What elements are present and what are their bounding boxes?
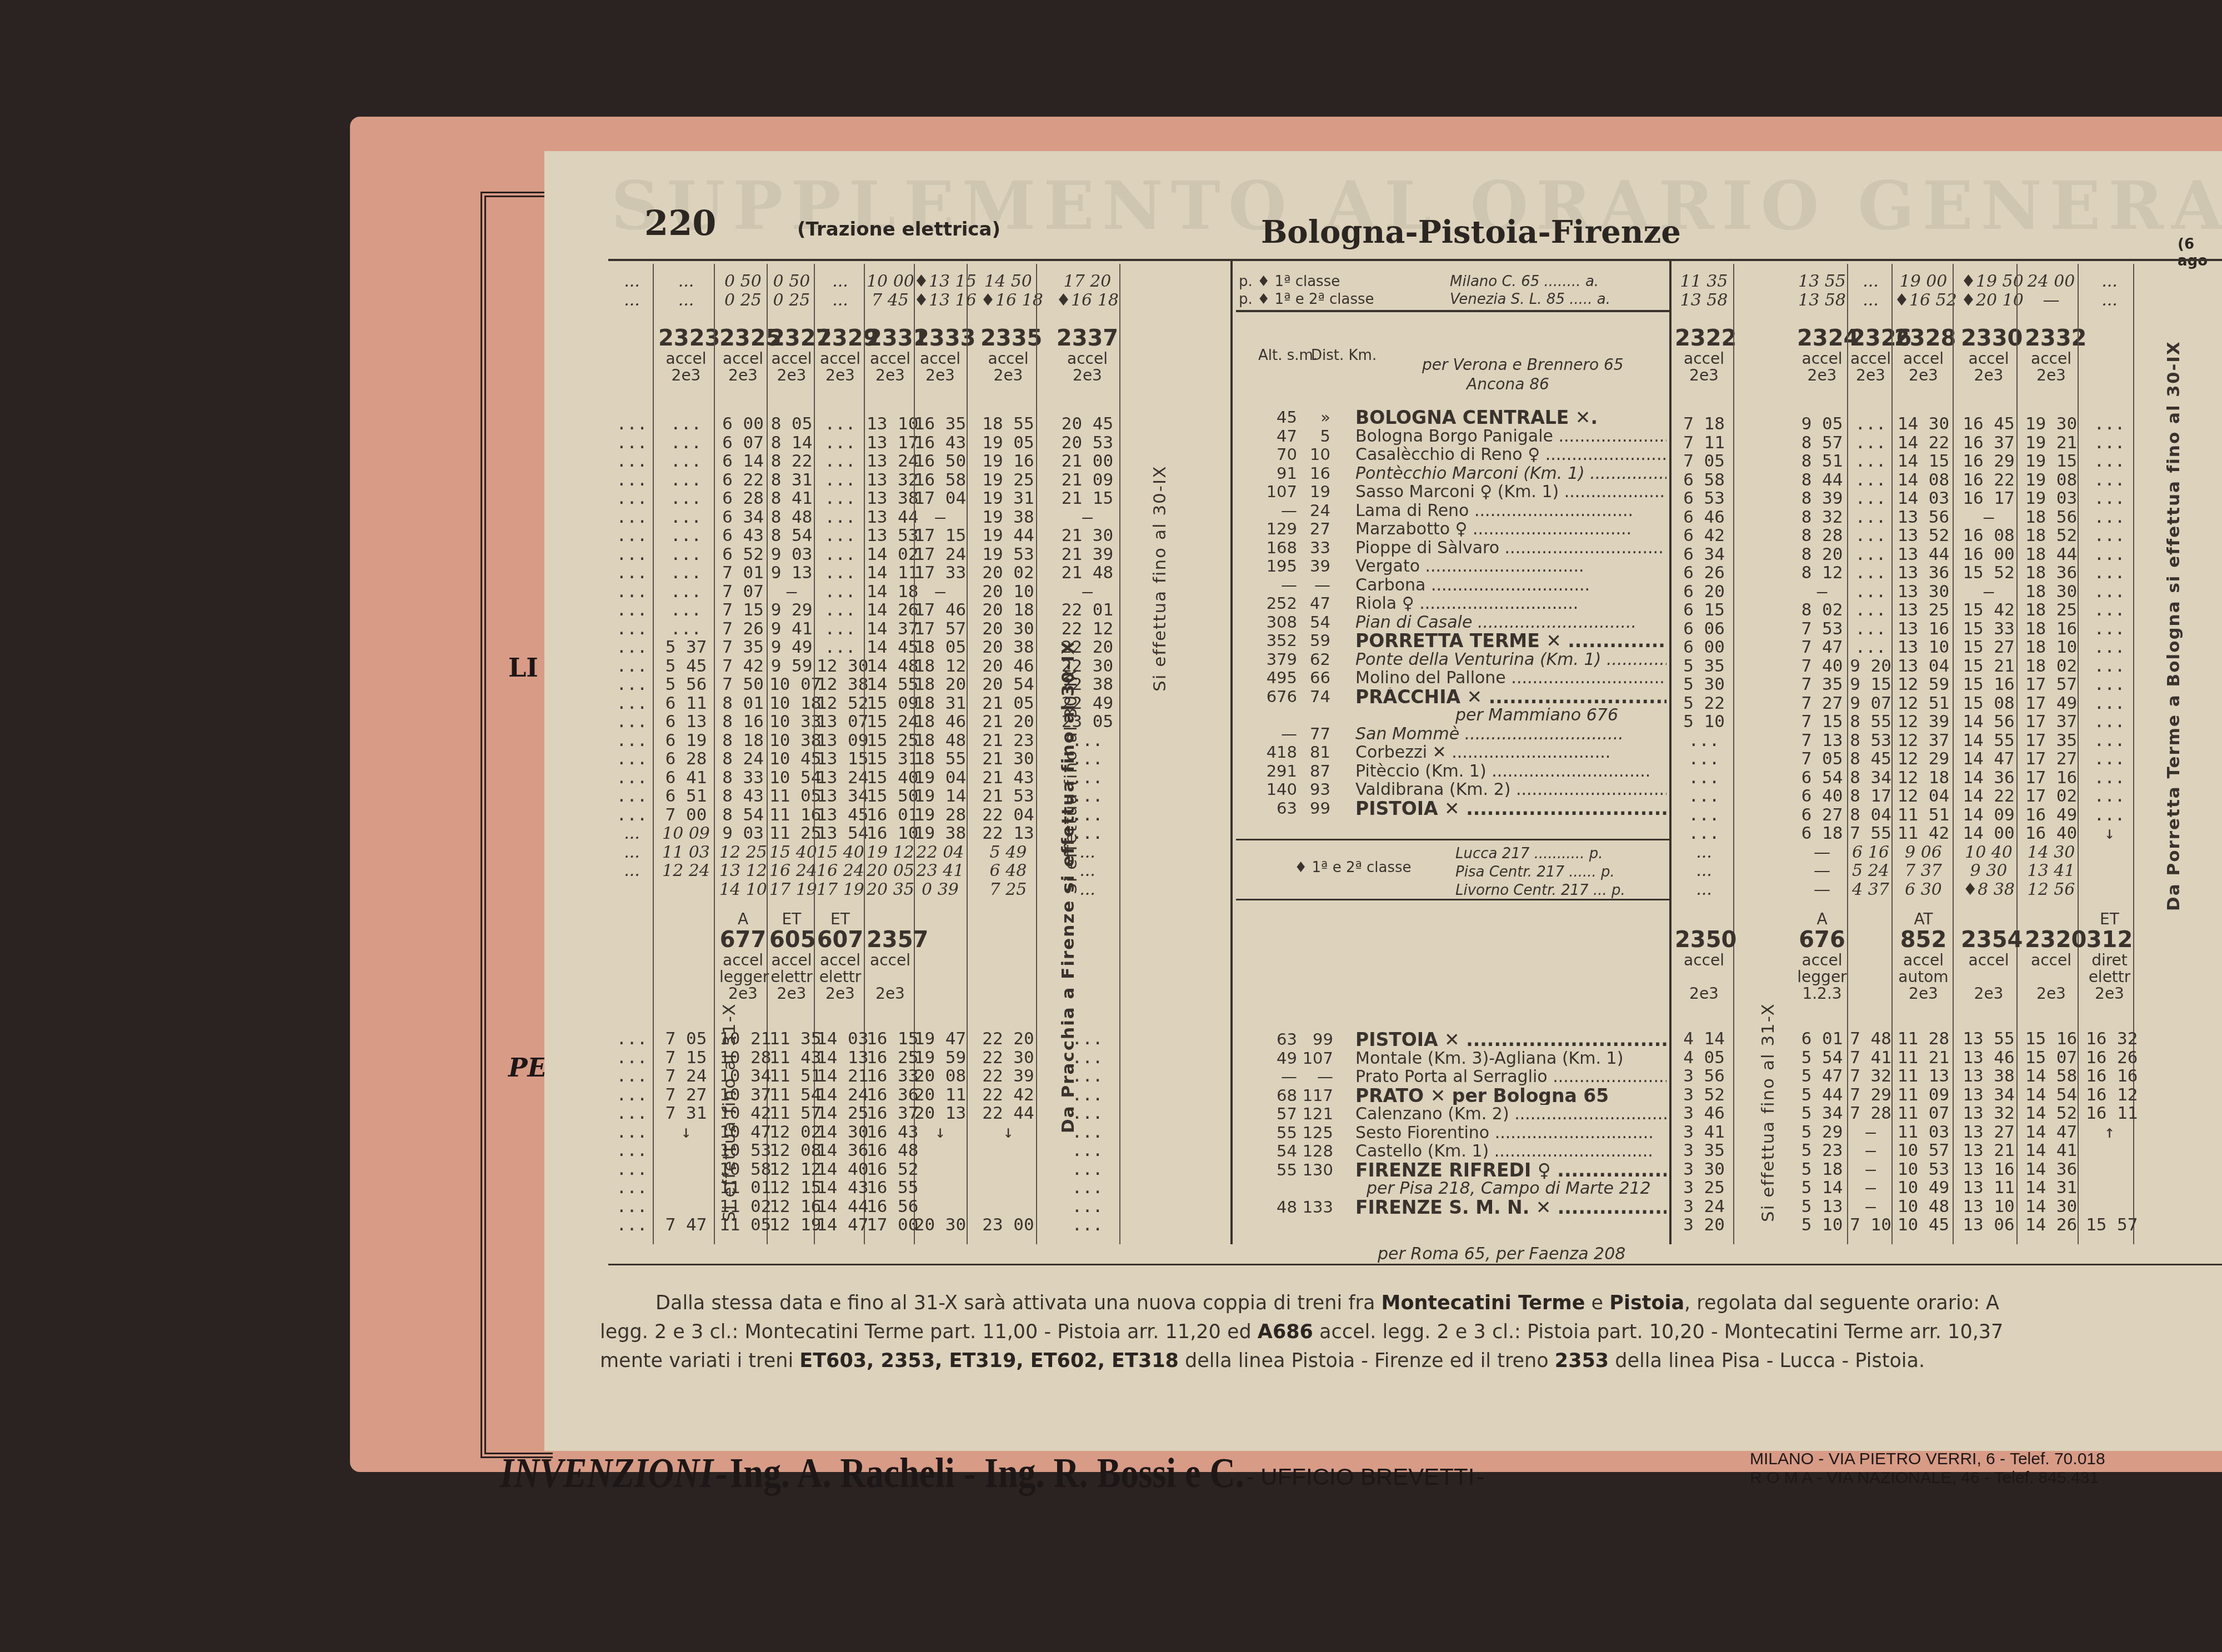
departure-time: 8 44	[1797, 471, 1847, 490]
departure-time: ...	[2086, 713, 2133, 732]
departure-time: ...	[2086, 769, 2133, 788]
departure-time: 19 38	[914, 824, 967, 843]
vertical-note: Da Pracchia a Firenze si effettua fino a…	[1058, 640, 1078, 1133]
departure-time: ...	[1055, 1160, 1119, 1179]
departure-time: 16 35	[914, 415, 967, 434]
departure-time: ...	[817, 508, 864, 527]
train-number	[611, 928, 653, 952]
station: Lama di Reno	[1355, 502, 1666, 520]
departure-time: 6 54	[1797, 769, 1847, 788]
departure-time: 7 24	[658, 1067, 714, 1086]
departure-time: ...	[817, 564, 864, 583]
departure-time: 12 18	[1894, 769, 1953, 788]
departure-time: 16 37	[1961, 434, 2016, 453]
train-class: 2e3	[769, 367, 814, 384]
departure-time: 11 28	[1894, 1030, 1953, 1049]
station-firenze-rifredi: FIRENZE RIFREDI ♀	[1355, 1161, 1666, 1180]
departure-time: 15 08	[1961, 694, 2016, 713]
departure-time: ...	[658, 452, 714, 471]
departure-time: 6 20	[1675, 583, 1733, 602]
departure-time: 6 22	[719, 471, 767, 490]
departure-time	[914, 1198, 967, 1217]
departure-time: 10 07	[769, 675, 814, 694]
train-class: 2e3	[1675, 985, 1733, 1002]
spacer	[1055, 309, 1119, 326]
route-note-1: per Verona e Brennero 65	[1422, 356, 1624, 374]
departure-time: 18 52	[2025, 527, 2078, 545]
station-block-right-border	[1669, 261, 1671, 1244]
column-divider	[1847, 264, 1848, 1244]
departure-time	[658, 1179, 714, 1198]
departure-time: 18 36	[2025, 564, 2078, 583]
departure-time: 19 47	[914, 1030, 967, 1049]
train-number: 677	[719, 928, 767, 952]
departure-time: 19 53	[980, 545, 1036, 564]
departure-time: 12 15	[769, 1179, 814, 1198]
departure-time: 13 44	[1894, 545, 1953, 564]
departure-time: ...	[611, 583, 653, 602]
departure-time: 13 30	[1894, 583, 1953, 602]
train-column: ET605accel elettr2e311 3511 4311 5111 54…	[769, 911, 814, 1235]
departure-time: 18 25	[2025, 601, 2078, 620]
departure-time: 5 29	[1797, 1123, 1847, 1142]
departure-time: 16 37	[867, 1104, 914, 1123]
departure-time: 16 26	[2086, 1049, 2133, 1068]
departure-time: 11 51	[1894, 806, 1953, 825]
departure-time: 7 50	[719, 675, 767, 694]
column-divider	[653, 264, 654, 1244]
departure-time: 9 03	[769, 545, 814, 564]
train-column: 2350accel2e34 144 053 563 523 463 413 35…	[1675, 911, 1733, 1235]
departure-time: 13 07	[817, 713, 864, 732]
departure-time	[2086, 1179, 2133, 1198]
train-type: accel	[2025, 952, 2078, 985]
departure-time	[658, 1142, 714, 1160]
departure-time: 3 30	[1675, 1160, 1733, 1179]
train-column: ........................................…	[2086, 272, 2133, 899]
departure-time: 14 11	[867, 564, 914, 583]
spacer	[611, 309, 653, 326]
departure-time: 12 39	[1894, 713, 1953, 732]
departure-time: 16 17	[1961, 489, 2016, 508]
departure-time: ...	[611, 694, 653, 713]
station: Riola ♀	[1355, 594, 1666, 613]
departure-time: 19 15	[2025, 452, 2078, 471]
train-column: 24 00—2332accel2e319 3019 2119 1519 0819…	[2025, 272, 2078, 899]
station-pracchia: PRÀCCHIA ✕	[1355, 688, 1666, 707]
vertical-note: Da Porretta Terme a Bologna si effettua …	[2164, 341, 2184, 911]
departure-time: 19 21	[2025, 434, 2078, 453]
train-category	[980, 911, 1036, 928]
departure-time: 5 37	[658, 638, 714, 657]
column-divider	[1036, 264, 1037, 1244]
departure-time: 20 54	[980, 675, 1036, 694]
departure-time: 21 43	[980, 769, 1036, 788]
mid-rule	[1236, 839, 1669, 840]
departure-time: 6 34	[719, 508, 767, 527]
train-class: 2e3	[1961, 985, 2016, 1002]
train-number: 2328	[1894, 326, 1953, 351]
connection-time: ...	[658, 272, 714, 291]
departure-time: 11 09	[1894, 1086, 1953, 1105]
departure-time: 13 34	[817, 787, 864, 806]
connection-time: 0 50	[719, 272, 767, 291]
departure-time: ↓	[980, 1123, 1036, 1142]
train-class: 2e3	[980, 367, 1036, 384]
departure-time: 11 07	[1894, 1104, 1953, 1123]
departure-time: ...	[611, 620, 653, 639]
spacer	[980, 1002, 1036, 1030]
departure-time: ...	[1675, 732, 1733, 750]
departure-time: 8 12	[1797, 564, 1847, 583]
departure-time: 13 38	[1961, 1067, 2016, 1086]
departure-time: ...	[611, 452, 653, 471]
connection-time: 6 16	[1850, 843, 1891, 862]
departure-time: 8 34	[1850, 769, 1891, 788]
departure-time: ...	[1055, 1142, 1119, 1160]
train-category	[658, 911, 714, 928]
departure-time: 13 24	[867, 452, 914, 471]
train-column: ......2323accel2e3......................…	[658, 272, 714, 880]
departure-time: 9 49	[769, 638, 814, 657]
departure-time: ...	[1055, 1179, 1119, 1198]
cover-fragment-li: LI	[508, 653, 538, 683]
departure-time: 17 27	[2025, 750, 2078, 769]
departure-time: 19 25	[980, 471, 1036, 490]
column-divider	[1953, 264, 1954, 1244]
departure-time: 19 44	[980, 527, 1036, 545]
departure-time: 14 08	[1894, 471, 1953, 490]
train-type	[1850, 952, 1891, 985]
train-class: 2e3	[719, 985, 767, 1002]
station-block-left-border	[1230, 261, 1233, 1244]
departure-time: 13 32	[867, 471, 914, 490]
departure-time: 14 15	[1894, 452, 1953, 471]
train-type: accel	[914, 351, 967, 367]
train-class: 2e3	[914, 367, 967, 384]
departure-time: ...	[611, 434, 653, 453]
train-type: accel	[1797, 351, 1847, 367]
departure-time: 11 35	[769, 1030, 814, 1049]
departure-time: 20 53	[1055, 434, 1119, 453]
station-prato: PRATO ✕ per Bologna 65	[1355, 1087, 1666, 1105]
spacer	[914, 1002, 967, 1030]
departure-time: 13 45	[817, 806, 864, 825]
connection-time: ♦16 18	[980, 291, 1036, 310]
connection-time: 4 37	[1850, 880, 1891, 899]
departure-time: 6 41	[658, 769, 714, 788]
departure-time: 14 54	[2025, 1086, 2078, 1105]
departure-time: 19 38	[980, 508, 1036, 527]
departure-time: 3 35	[1675, 1142, 1733, 1160]
train-class: 2e3	[1797, 367, 1847, 384]
ad-office: UFFICIO BREVETTI	[1260, 1464, 1474, 1490]
departure-time: 8 02	[1797, 601, 1847, 620]
departure-time: 13 38	[867, 489, 914, 508]
ad-addresses: MILANO - VIA PIETRO VERRI, 6 - Telef. 70…	[1750, 1450, 2105, 1488]
train-class	[658, 985, 714, 1002]
train-class: 2e3	[817, 985, 864, 1002]
connection-time: 13 58	[1675, 291, 1733, 310]
departure-time: ...	[2086, 638, 2133, 657]
spacer	[914, 309, 967, 326]
departure-time: ...	[658, 508, 714, 527]
spacer	[611, 1002, 653, 1030]
departure-time: 9 07	[1850, 694, 1891, 713]
departure-time: 11 05	[769, 787, 814, 806]
departure-time: 7 35	[719, 638, 767, 657]
departure-time: 20 11	[914, 1086, 967, 1105]
departure-time: 8 14	[769, 434, 814, 453]
station: Pioppe di Sàlvaro	[1355, 539, 1666, 558]
departure-time: 8 53	[1850, 732, 1891, 750]
departure-time: ...	[611, 657, 653, 676]
departure-time: ...	[2086, 471, 2133, 490]
departure-time: 3 56	[1675, 1067, 1733, 1086]
departure-time: 19 04	[914, 769, 967, 788]
departure-time: ↓	[914, 1123, 967, 1142]
departure-time: 14 44	[817, 1198, 864, 1217]
train-number: 2325	[719, 326, 767, 351]
departure-time: 14 55	[867, 675, 914, 694]
connection-time: ...	[2086, 291, 2133, 310]
departure-time: 13 21	[1961, 1142, 2016, 1160]
departure-time: 6 42	[1675, 527, 1733, 545]
station-list-lower: PISTOIA ✕ Montale (Km. 3)-Agliana (Km. 1…	[1355, 1030, 1666, 1217]
column-divider	[967, 264, 968, 1244]
departure-time: 7 55	[1850, 824, 1891, 843]
departure-time: 11 54	[769, 1086, 814, 1105]
departure-time: 14 41	[2025, 1142, 2078, 1160]
departure-time: ...	[2086, 452, 2133, 471]
departure-time: 22 39	[980, 1067, 1036, 1086]
departure-time: ...	[1850, 489, 1891, 508]
departure-time: 16 29	[1961, 452, 2016, 471]
departure-time: ...	[611, 471, 653, 490]
altitude-column-lower: 6349—685755545548	[1264, 1030, 1297, 1217]
train-number: 312	[2086, 928, 2133, 952]
departure-time: ...	[1055, 1198, 1119, 1217]
departure-time: 17 15	[914, 527, 967, 545]
departure-time: 15 33	[1961, 620, 2016, 639]
departure-time: 14 36	[1961, 769, 2016, 788]
departure-time: ...	[817, 583, 864, 602]
train-column: A676accel legger1.2.36 015 545 475 445 3…	[1797, 911, 1847, 1235]
train-class: 2e3	[867, 367, 914, 384]
service-notice: Dalla stessa data e fino al 31-X sarà at…	[600, 1289, 2222, 1375]
train-column: 22 2022 3022 3922 4222 44↓23 00	[980, 911, 1036, 1235]
departure-time: ...	[611, 1216, 653, 1235]
departure-time: 17 24	[914, 545, 967, 564]
departure-time: ...	[817, 434, 864, 453]
departure-time: 20 13	[914, 1104, 967, 1123]
departure-time: 17 04	[914, 489, 967, 508]
connection-time: ...	[2086, 272, 2133, 291]
departure-time	[980, 1179, 1036, 1198]
departure-time	[914, 1160, 967, 1179]
departure-time: 14 48	[867, 657, 914, 676]
departure-time: 15 42	[1961, 601, 2016, 620]
bottom-class-note: ♦ 1ª e 2ª classe	[1294, 859, 1412, 876]
distance-column-upper: »510161924273339—4754596266747781879399	[1303, 408, 1330, 818]
departure-time: —	[1961, 583, 2016, 602]
departure-time: 8 05	[769, 415, 814, 434]
departure-time: 13 10	[1961, 1198, 2016, 1217]
train-column: 14 50♦16 182335accel2e318 5519 0519 1619…	[980, 272, 1036, 899]
connection-time: 15 40	[817, 843, 864, 862]
train-number: 2324	[1797, 326, 1847, 351]
departure-time: ...	[1850, 638, 1891, 657]
spacer	[817, 1002, 864, 1030]
departure-time: 8 16	[719, 713, 767, 732]
connection-time: ...	[1675, 862, 1733, 880]
train-type: accel	[867, 351, 914, 367]
ad-names: Ing. A. Racheli - Ing. R. Bossi e C.	[729, 1449, 1244, 1498]
departure-time: 6 51	[658, 787, 714, 806]
departure-time: 16 01	[867, 806, 914, 825]
departure-time: 6 40	[1797, 787, 1847, 806]
train-column: 19 4719 5920 0820 1120 13↓20 30	[914, 911, 967, 1235]
departure-time: ...	[2086, 583, 2133, 602]
train-class: 1.2.3	[1797, 985, 1847, 1002]
departure-time: 9 13	[769, 564, 814, 583]
train-category: ET	[769, 911, 814, 928]
departure-time: ...	[611, 675, 653, 694]
departure-time: 22 13	[980, 824, 1036, 843]
departure-time: 7 48	[1850, 1030, 1891, 1049]
departure-time: 16 36	[867, 1086, 914, 1105]
train-number	[658, 928, 714, 952]
departure-time	[658, 1160, 714, 1179]
departure-time: 5 54	[1797, 1049, 1847, 1068]
connection-time: 13 58	[1797, 291, 1847, 310]
departure-time: 17 57	[914, 620, 967, 639]
train-number: 2331	[867, 326, 914, 351]
departure-time: ...	[817, 415, 864, 434]
departure-time: ...	[611, 1030, 653, 1049]
departure-time: 14 03	[817, 1030, 864, 1049]
station-note: per Mammiano 676	[1355, 706, 1666, 725]
spacer	[2086, 384, 2133, 415]
ad-brand: INVENZIONI	[500, 1449, 713, 1498]
train-class: 2e3	[1675, 367, 1733, 384]
departure-time: 14 24	[817, 1086, 864, 1105]
departure-time: 7 15	[719, 601, 767, 620]
departure-time: 3 52	[1675, 1086, 1733, 1105]
spacer	[1675, 384, 1733, 415]
train-number: 2337	[1055, 326, 1119, 351]
connection-time: 11 35	[1675, 272, 1733, 291]
departure-time: 21 15	[1055, 489, 1119, 508]
departure-time: 22 20	[980, 1030, 1036, 1049]
departure-time: 7 31	[658, 1104, 714, 1123]
connection-time: 11 03	[658, 843, 714, 862]
departure-time: 14 31	[2025, 1179, 2078, 1198]
train-category	[2025, 911, 2078, 928]
departure-time: 20 18	[980, 601, 1036, 620]
departure-time: ...	[2086, 806, 2133, 825]
bottom-route-note: per Roma 65, per Faenza 208	[1378, 1244, 1625, 1264]
departure-time: ...	[611, 1179, 653, 1198]
departure-time: 5 10	[1675, 713, 1733, 732]
departure-time: 7 32	[1850, 1067, 1891, 1086]
train-number: 605	[769, 928, 814, 952]
spacer	[867, 384, 914, 415]
departure-time: ...	[817, 489, 864, 508]
departure-time: 10 53	[1894, 1160, 1953, 1179]
distance-label: Dist. Km.	[1311, 347, 1377, 364]
connection-time: 23 41	[914, 862, 967, 880]
spacer	[980, 309, 1036, 326]
departure-time: 18 44	[2025, 545, 2078, 564]
train-category: A	[1797, 911, 1847, 928]
departure-time: 21 39	[1055, 545, 1119, 564]
departure-time: 23 00	[980, 1216, 1036, 1235]
departure-time: 3 46	[1675, 1104, 1733, 1123]
page-title: Bologna-Pistoia-Firenze	[1261, 214, 1681, 251]
connection-time: 15 40	[769, 843, 814, 862]
train-column: ET312diret elettr2e316 3216 2616 1616 12…	[2086, 911, 2133, 1235]
departure-time: 16 52	[867, 1160, 914, 1179]
departure-time: 21 05	[980, 694, 1036, 713]
departure-time: ...	[1675, 787, 1733, 806]
train-class: 2e3	[867, 985, 914, 1002]
departure-time: 14 25	[817, 1104, 864, 1123]
departure-time: 14 26	[2025, 1216, 2078, 1235]
train-category: A	[719, 911, 767, 928]
departure-time: —	[1961, 508, 2016, 527]
connection-time: ...	[1850, 272, 1891, 291]
departure-time	[658, 1198, 714, 1217]
departure-time: 11 13	[1894, 1067, 1953, 1086]
bottom-rule	[608, 1264, 2222, 1265]
train-number: 2350	[1675, 928, 1733, 952]
connection-time: 6 30	[1894, 880, 1953, 899]
departure-time: 5 34	[1797, 1104, 1847, 1123]
departure-time: 15 07	[2025, 1049, 2078, 1068]
departure-time: 8 45	[1850, 750, 1891, 769]
departure-time	[980, 1160, 1036, 1179]
departure-time: 6 19	[658, 732, 714, 750]
train-category	[1850, 911, 1891, 928]
departure-time	[2086, 1142, 2133, 1160]
connection-time: 13 41	[2025, 862, 2078, 880]
distance-column-lower: 99107—117121125128130133	[1300, 1030, 1333, 1217]
departure-time: 13 17	[867, 434, 914, 453]
departure-time: 16 50	[914, 452, 967, 471]
train-number	[2086, 326, 2133, 351]
connection-time: 17 19	[817, 880, 864, 899]
departure-time: 11 57	[769, 1104, 814, 1123]
departure-time: 8 41	[769, 489, 814, 508]
connection-time: 16 24	[769, 862, 814, 880]
departure-time: ...	[1055, 1216, 1119, 1235]
departure-time: ...	[611, 508, 653, 527]
station: Pitèccio (Km. 1)	[1355, 762, 1666, 781]
departure-time: 14 18	[867, 583, 914, 602]
departure-time: ...	[611, 769, 653, 788]
departure-time: 5 13	[1797, 1198, 1847, 1217]
departure-time: 6 15	[1675, 601, 1733, 620]
departure-time: 6 28	[658, 750, 714, 769]
departure-time: 6 00	[1675, 638, 1733, 657]
departure-time: 16 55	[867, 1179, 914, 1198]
departure-time: 8 48	[769, 508, 814, 527]
departure-time: 19 30	[2025, 415, 2078, 434]
departure-time: 16 33	[867, 1067, 914, 1086]
train-class: 2e3	[1055, 367, 1119, 384]
departure-time: 7 15	[1797, 713, 1847, 732]
